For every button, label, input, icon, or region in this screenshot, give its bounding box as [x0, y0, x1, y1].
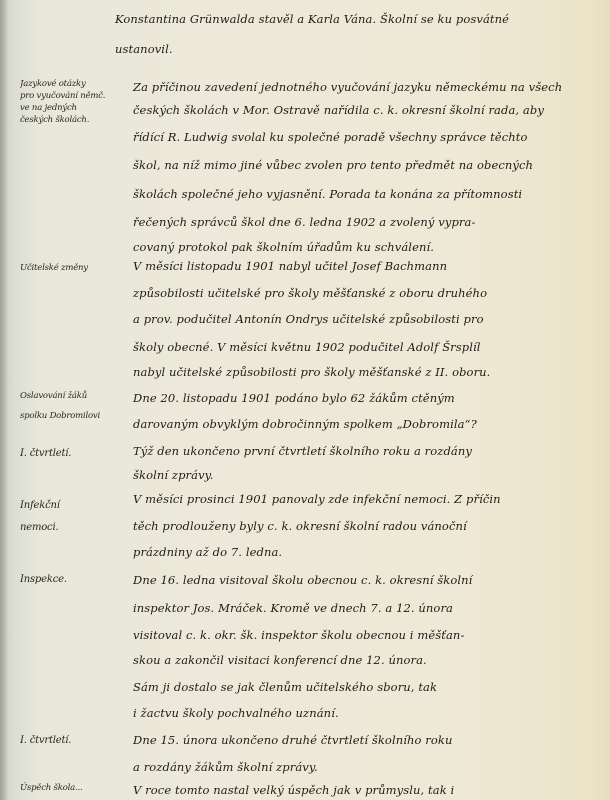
margin-note-line: českých školách.	[20, 114, 132, 126]
text-line: řídící R. Ludwig svolal ku společné pora…	[133, 130, 528, 144]
text-line: školách společné jeho vyjasnění. Porada …	[133, 187, 522, 201]
text-line: Za příčinou zavedení jednotného vyučován…	[133, 80, 562, 94]
text-line: těch prodlouženy byly c. k. okresní škol…	[133, 519, 467, 533]
text-line: V měsíci prosinci 1901 panovaly zde infe…	[133, 492, 501, 506]
text-line: Sám ji dostalo se jak členům učitelského…	[133, 680, 437, 694]
margin-note-line: spolku Dobromilovi	[20, 410, 132, 422]
text-line: V měsíci listopadu 1901 nabyl učitel Jos…	[133, 259, 447, 273]
text-line: způsobilosti učitelské pro školy měšťans…	[133, 286, 487, 300]
margin-note-language: Jazykové otázky pro vyučování němč. ve n…	[20, 78, 132, 126]
text-line: školní zprávy.	[133, 468, 214, 482]
text-line: a rozdány žákům školní zprávy.	[133, 760, 318, 774]
margin-note-line: nemoci.	[20, 517, 132, 539]
text-line: Dne 16. ledna visitoval školu obecnou c.…	[133, 573, 472, 587]
margin-note-inspection: Inspekce.	[20, 574, 132, 586]
margin-note-line: I. čtvrtletí.	[20, 735, 132, 747]
margin-note-line: Infekční	[20, 495, 132, 517]
text-line: prázdniny až do 7. ledna.	[133, 545, 282, 559]
text-line: českých školách v Mor. Ostravě nařídila …	[133, 103, 544, 117]
text-line: V roce tomto nastal velký úspěch jak v p…	[133, 783, 454, 797]
text-line: Týž den ukončeno první čtvrtletí školníh…	[133, 444, 472, 458]
binding-shadow	[0, 0, 8, 800]
margin-note-line: ve na jedných	[20, 102, 132, 114]
margin-note-infectious: Infekční nemoci.	[20, 495, 132, 539]
margin-note-celebration: Oslavování žáků spolku Dobromilovi	[20, 390, 132, 422]
text-line: skou a zakončil visitaci konferencí dne …	[133, 653, 427, 667]
margin-note-line: Oslavování žáků	[20, 390, 132, 402]
text-line: covaný protokol pak školním úřadům ku sc…	[133, 240, 434, 254]
margin-note-line: I. čtvrtletí.	[20, 448, 132, 460]
margin-note-first-quarter: I. čtvrtletí.	[20, 448, 132, 460]
document-page: Jazykové otázky pro vyučování němč. ve n…	[0, 0, 610, 800]
margin-note-line: Inspekce.	[20, 574, 132, 586]
margin-note-teacher-changes: Učitelské změny	[20, 262, 132, 274]
text-line: řečených správců škol dne 6. ledna 1902 …	[133, 215, 475, 229]
text-line: Dne 20. listopadu 1901 podáno bylo 62 žá…	[133, 391, 455, 405]
text-line: nabyl učitelské způsobilosti pro školy m…	[133, 365, 490, 379]
text-line: i žactvu školy pochvalného uznání.	[133, 706, 339, 720]
text-line: a prov. podučitel Antonín Ondrys učitels…	[133, 312, 484, 326]
text-line: Dne 15. února ukončeno druhé čtvrtletí š…	[133, 733, 453, 747]
text-line: ustanovil.	[115, 42, 173, 56]
text-line: škol, na níž mimo jiné vůbec zvolen pro …	[133, 158, 533, 172]
text-line: visitoval c. k. okr. šk. inspektor školu…	[133, 628, 464, 642]
text-line: darovaným obvyklým dobročinným spolkem „…	[133, 417, 477, 431]
text-line: školy obecné. V měsíci květnu 1902 poduč…	[133, 340, 481, 354]
margin-note-second-quarter: I. čtvrtletí.	[20, 735, 132, 747]
margin-note-line: pro vyučování němč.	[20, 90, 132, 102]
margin-note-line: Jazykové otázky	[20, 78, 132, 90]
text-line: Konstantina Grünwalda stavěl a Karla Ván…	[115, 12, 509, 26]
margin-note-line: Učitelské změny	[20, 262, 132, 274]
margin-note-line: Úspěch škola...	[20, 782, 132, 794]
text-line: inspektor Jos. Mráček. Kromě ve dnech 7.…	[133, 601, 453, 615]
margin-note-success: Úspěch škola...	[20, 782, 132, 794]
